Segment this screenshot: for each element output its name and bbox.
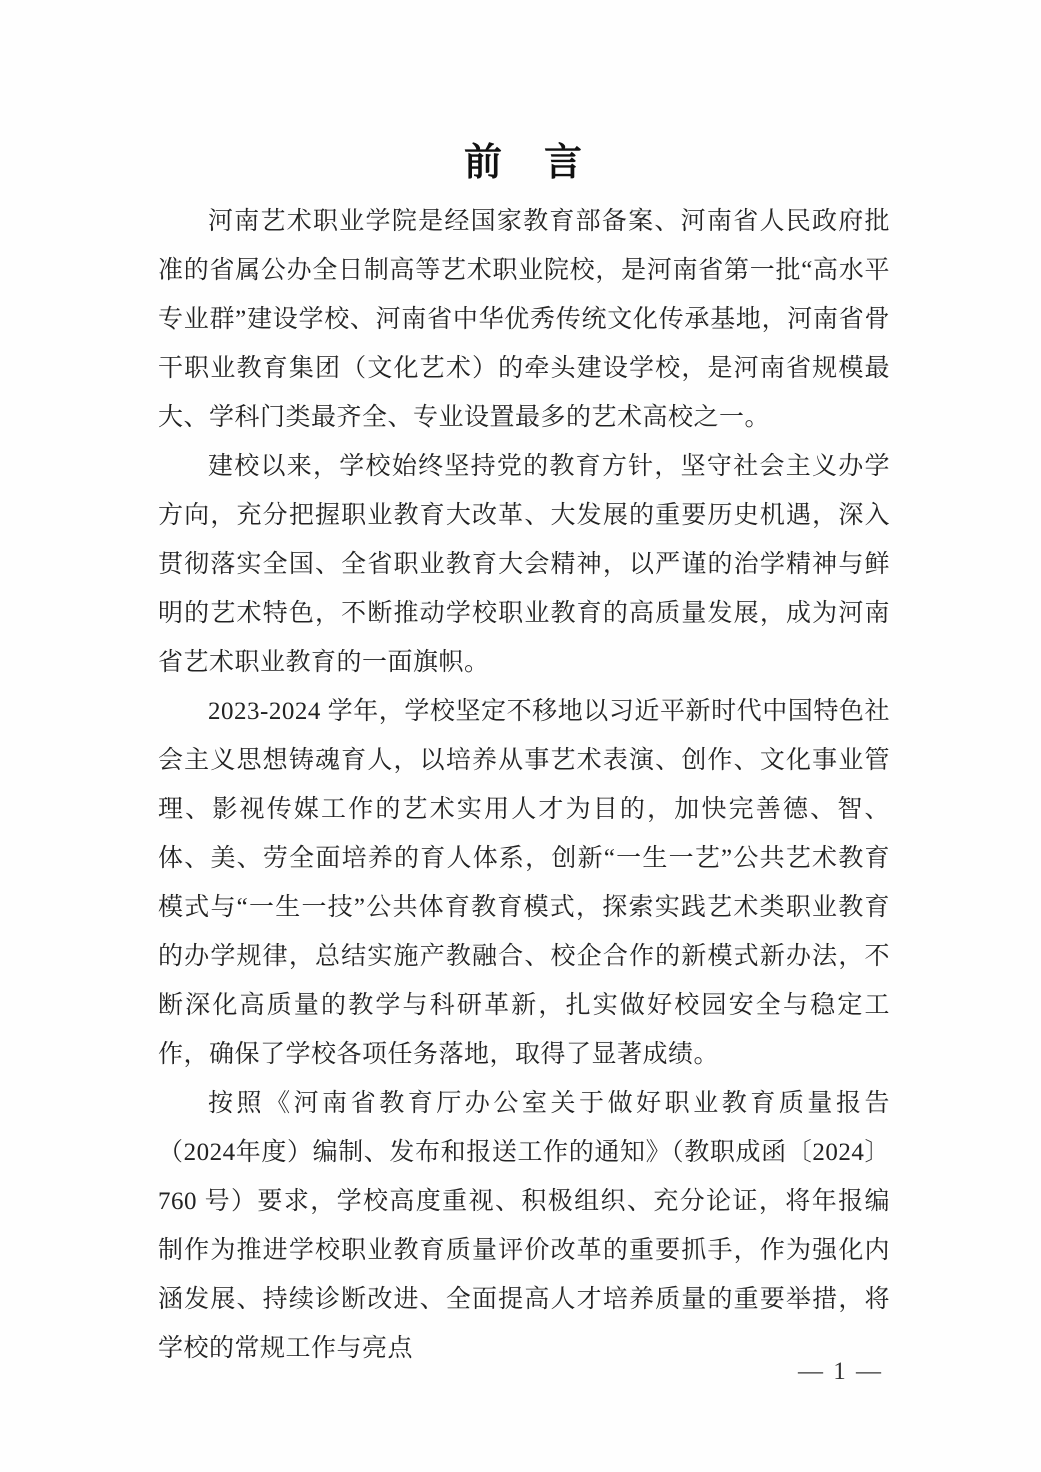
paragraph-notice: 按照《河南省教育厅办公室关于做好职业教育质量报告（2024年度）编制、发布和报送…	[158, 1079, 890, 1373]
document-page: 前 言 河南艺术职业学院是经国家教育部备案、河南省人民政府批准的省属公办全日制高…	[0, 0, 1041, 1472]
paragraph-history: 建校以来，学校始终坚持党的教育方针，坚守社会主义办学方向，充分把握职业教育大改革…	[158, 442, 890, 687]
page-number: — 1 —	[748, 1357, 933, 1387]
paragraph-intro: 河南艺术职业学院是经国家教育部备案、河南省人民政府批准的省属公办全日制高等艺术职…	[158, 197, 890, 442]
document-body: 河南艺术职业学院是经国家教育部备案、河南省人民政府批准的省属公办全日制高等艺术职…	[158, 197, 890, 1373]
page-title: 前 言	[158, 142, 890, 184]
paragraph-academic-year: 2023-2024 学年，学校坚定不移地以习近平新时代中国特色社会主义思想铸魂育…	[158, 687, 890, 1079]
